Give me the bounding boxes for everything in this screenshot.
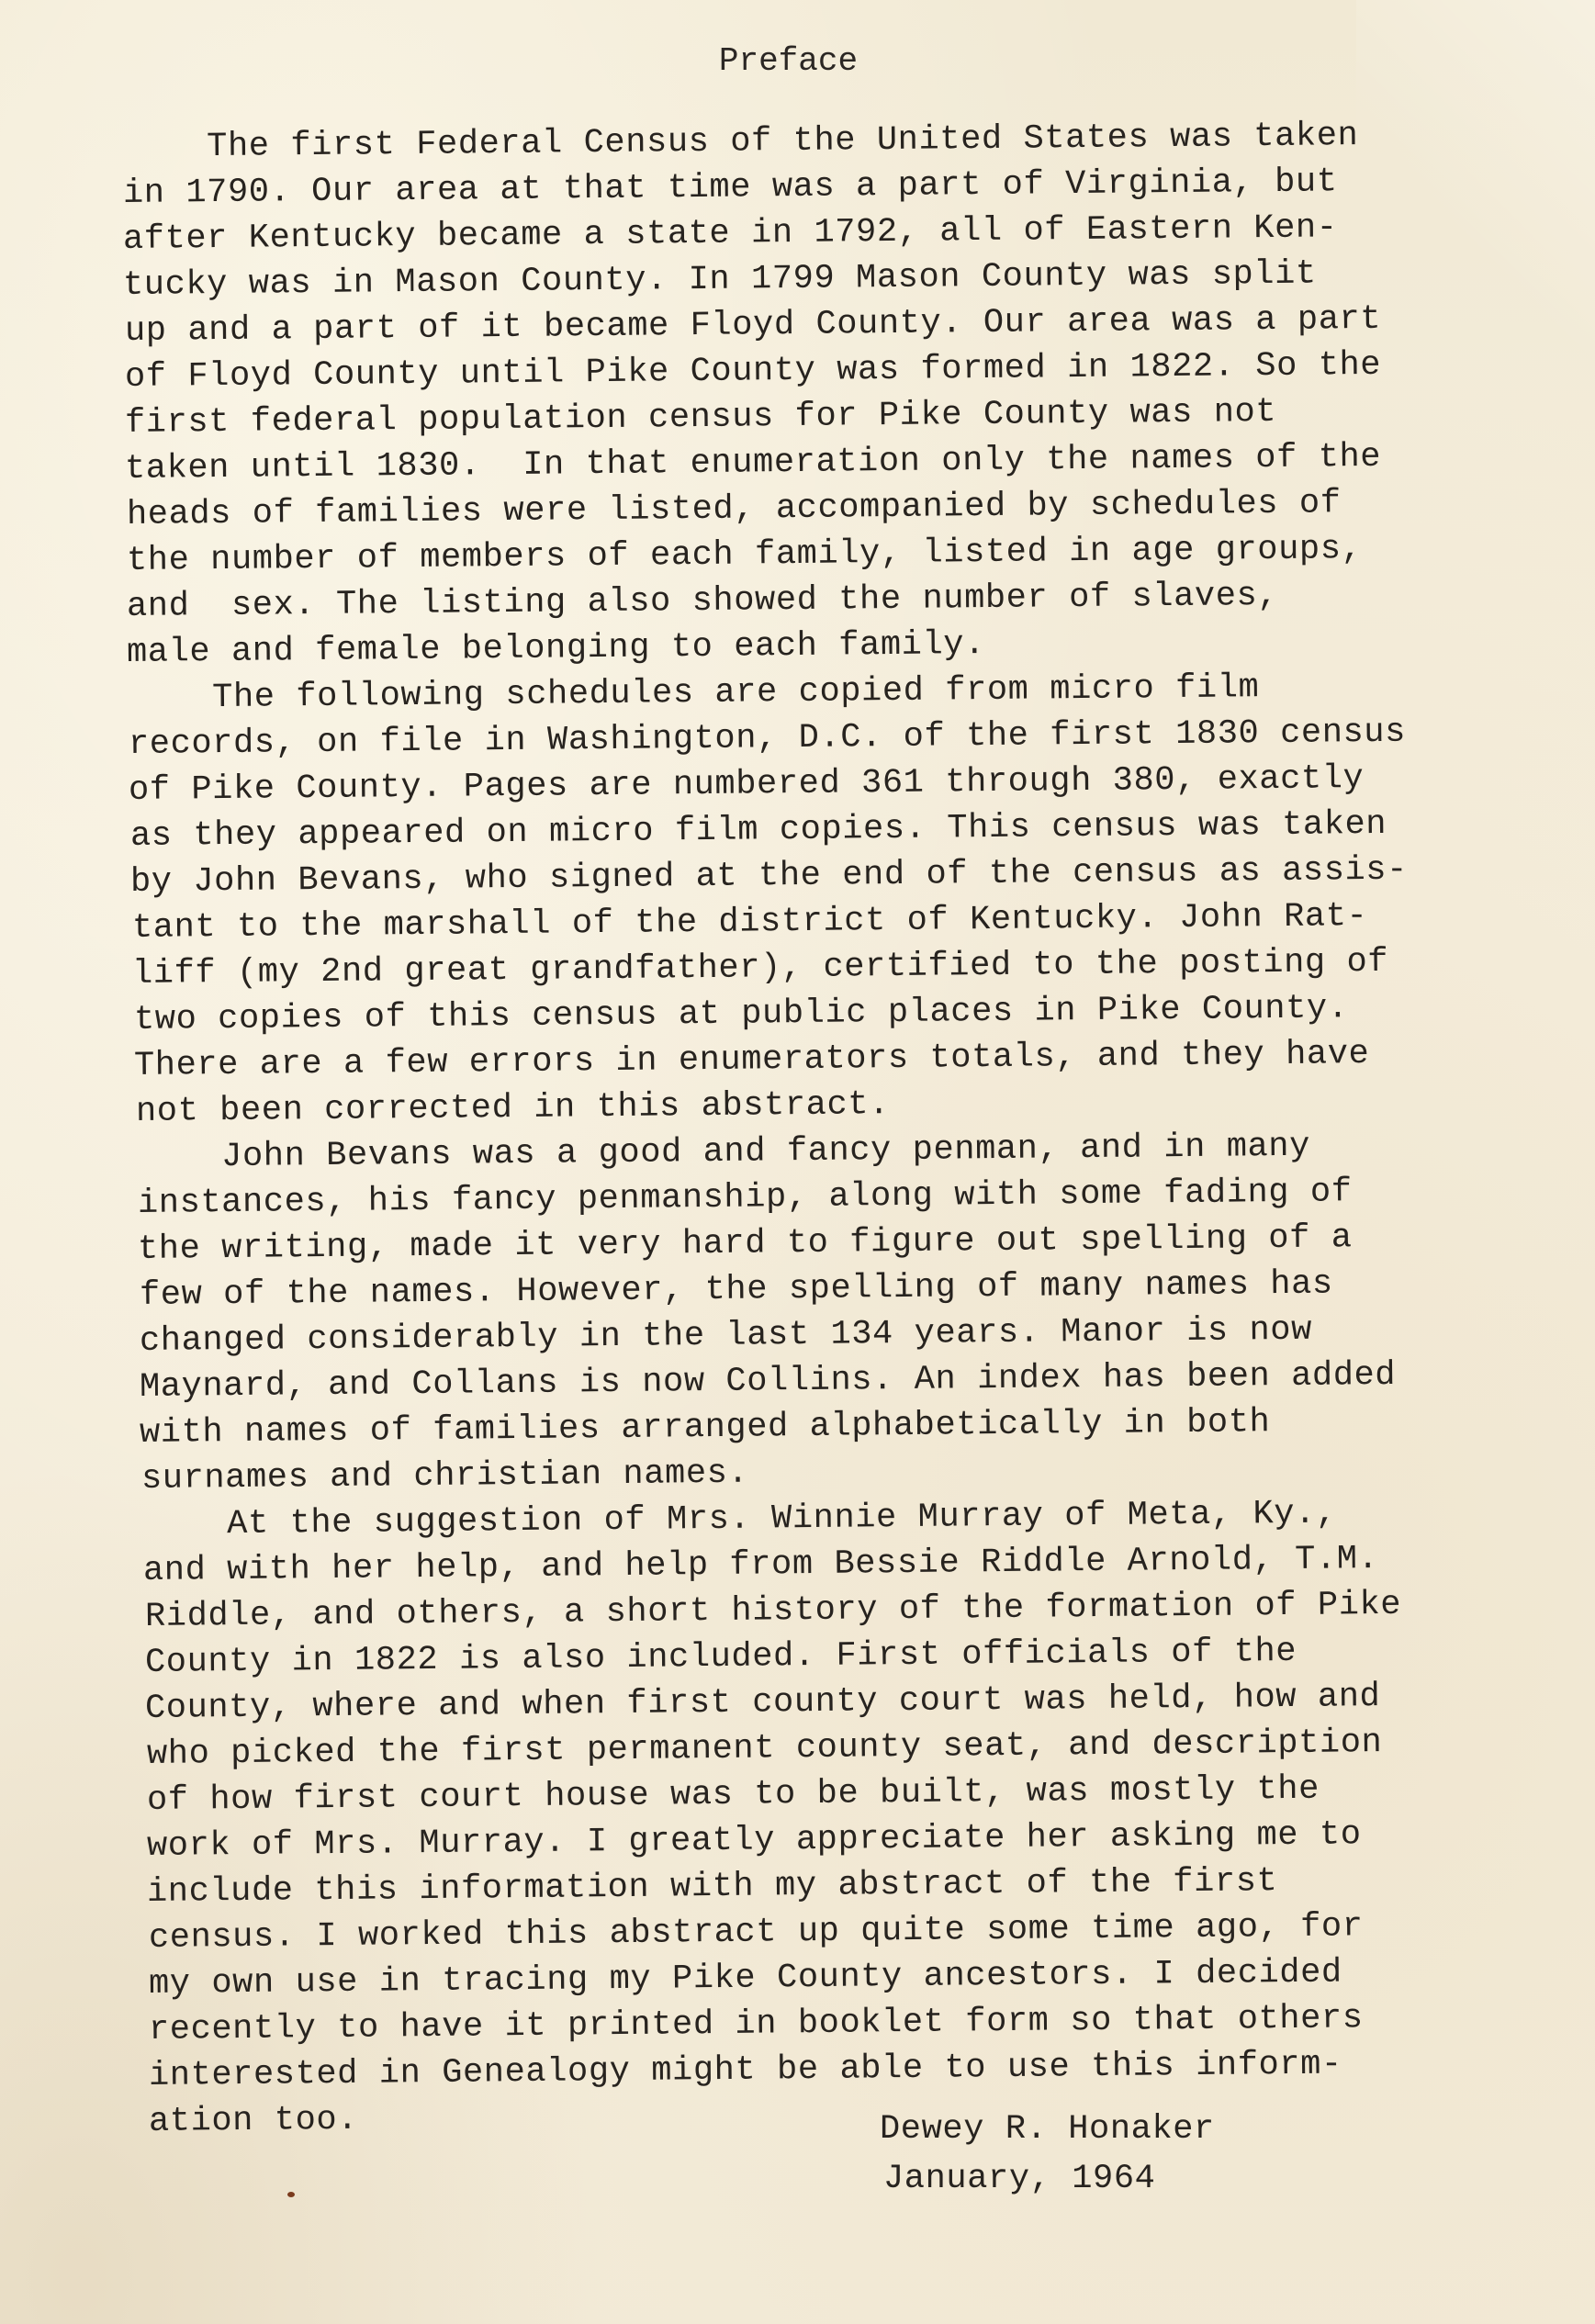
paragraph-4-line: work of Mrs. Murray. I greatly appreciat… <box>147 1815 1362 1866</box>
paragraph-3-line: few of the names. However, the spelling … <box>140 1265 1333 1315</box>
paragraph-2-line: as they appeared on micro film copies. T… <box>130 805 1387 856</box>
paragraph-2-line: The following schedules are copied from … <box>129 668 1260 718</box>
paragraph-1-line: tucky was in Mason County. In 1799 Mason… <box>123 255 1317 305</box>
paragraph-2-line: tant to the marshall of the district of … <box>132 897 1368 948</box>
paragraph-4-line: census. I worked this abstract up quite … <box>149 1907 1364 1958</box>
paragraph-1-line: heads of families were listed, accompani… <box>127 484 1342 534</box>
paragraph-1-line: after Kentucky became a state in 1792, a… <box>123 208 1338 259</box>
paragraph-2-line: of Pike County. Pages are numbered 361 t… <box>129 759 1365 810</box>
paragraph-3-line: changed considerably in the last 134 yea… <box>140 1311 1312 1361</box>
paragraph-4-line: who picked the first permanent county se… <box>147 1723 1383 1774</box>
paragraph-4-line: recently to have it printed in booklet f… <box>149 1999 1364 2049</box>
paragraph-2-line: by John Bevans, who signed at the end of… <box>130 851 1408 902</box>
paragraph-3-line: with names of families arranged alphabet… <box>140 1403 1271 1453</box>
paragraph-4-line: and with her help, and help from Bessie … <box>143 1540 1379 1590</box>
paragraph-1-line: first federal population census for Pike… <box>125 393 1277 443</box>
paragraph-3-line: instances, his fancy penmanship, along w… <box>138 1173 1353 1223</box>
paragraph-2-line: not been corrected in this abstract. <box>136 1085 890 1131</box>
paragraph-1-line: male and female belonging to each family… <box>127 625 985 672</box>
paragraph-1-line: and sex. The listing also showed the num… <box>127 577 1279 626</box>
paragraph-4-line: interested in Genealogy might be able to… <box>149 2046 1342 2095</box>
paragraph-3-line: Maynard, and Collans is now Collins. An … <box>140 1356 1397 1407</box>
paragraph-2-line: two copies of this census at public plac… <box>134 989 1349 1039</box>
paragraph-4-line: my own use in tracing my Pike County anc… <box>149 1954 1342 2004</box>
paragraph-3-line: John Bevans was a good and fancy penman,… <box>138 1128 1310 1177</box>
paragraph-1-line: of Floyd County until Pike County was fo… <box>125 346 1382 397</box>
paragraph-2-line: records, on file in Washington, D.C. of … <box>129 713 1406 764</box>
ink-spot <box>287 2192 295 2197</box>
paragraph-4-line: ation too. <box>149 2101 358 2141</box>
page-title: Preface <box>0 42 1586 80</box>
signature-date: January, 1964 <box>883 2160 1155 2198</box>
paragraph-2-line: There are a few errors in enumerators to… <box>134 1035 1370 1085</box>
paragraph-3-line: surnames and christian names. <box>141 1454 749 1499</box>
paragraph-4-line: Riddle, and others, a short history of t… <box>145 1586 1402 1636</box>
paragraph-1-line: up and a part of it became Floyd County.… <box>125 300 1382 351</box>
paragraph-1-line: taken until 1830. In that enumeration on… <box>125 438 1382 488</box>
author-signature: Dewey R. Honaker <box>880 2110 1215 2149</box>
paragraph-1-line: the number of members of each family, li… <box>127 530 1363 580</box>
paragraph-4-line: County, where and when first county cour… <box>145 1678 1381 1728</box>
paragraph-3-line: the writing, made it very hard to figure… <box>138 1218 1353 1269</box>
preface-page: Preface The first Federal Census of the … <box>0 0 1595 2324</box>
paragraph-2-line: liff (my 2nd great grandfather), certifi… <box>132 943 1389 994</box>
paragraph-4-line: At the suggestion of Mrs. Winnie Murray … <box>143 1495 1337 1544</box>
paragraph-4-line: of how first court house was to be built… <box>147 1770 1320 1820</box>
paragraph-4-line: County in 1822 is also included. First o… <box>145 1633 1297 1682</box>
paragraph-1-line: in 1790. Our area at that time was a par… <box>123 163 1338 213</box>
paragraph-4-line: include this information with my abstrac… <box>147 1862 1278 1912</box>
paragraph-1-line: The first Federal Census of the United S… <box>123 117 1359 167</box>
